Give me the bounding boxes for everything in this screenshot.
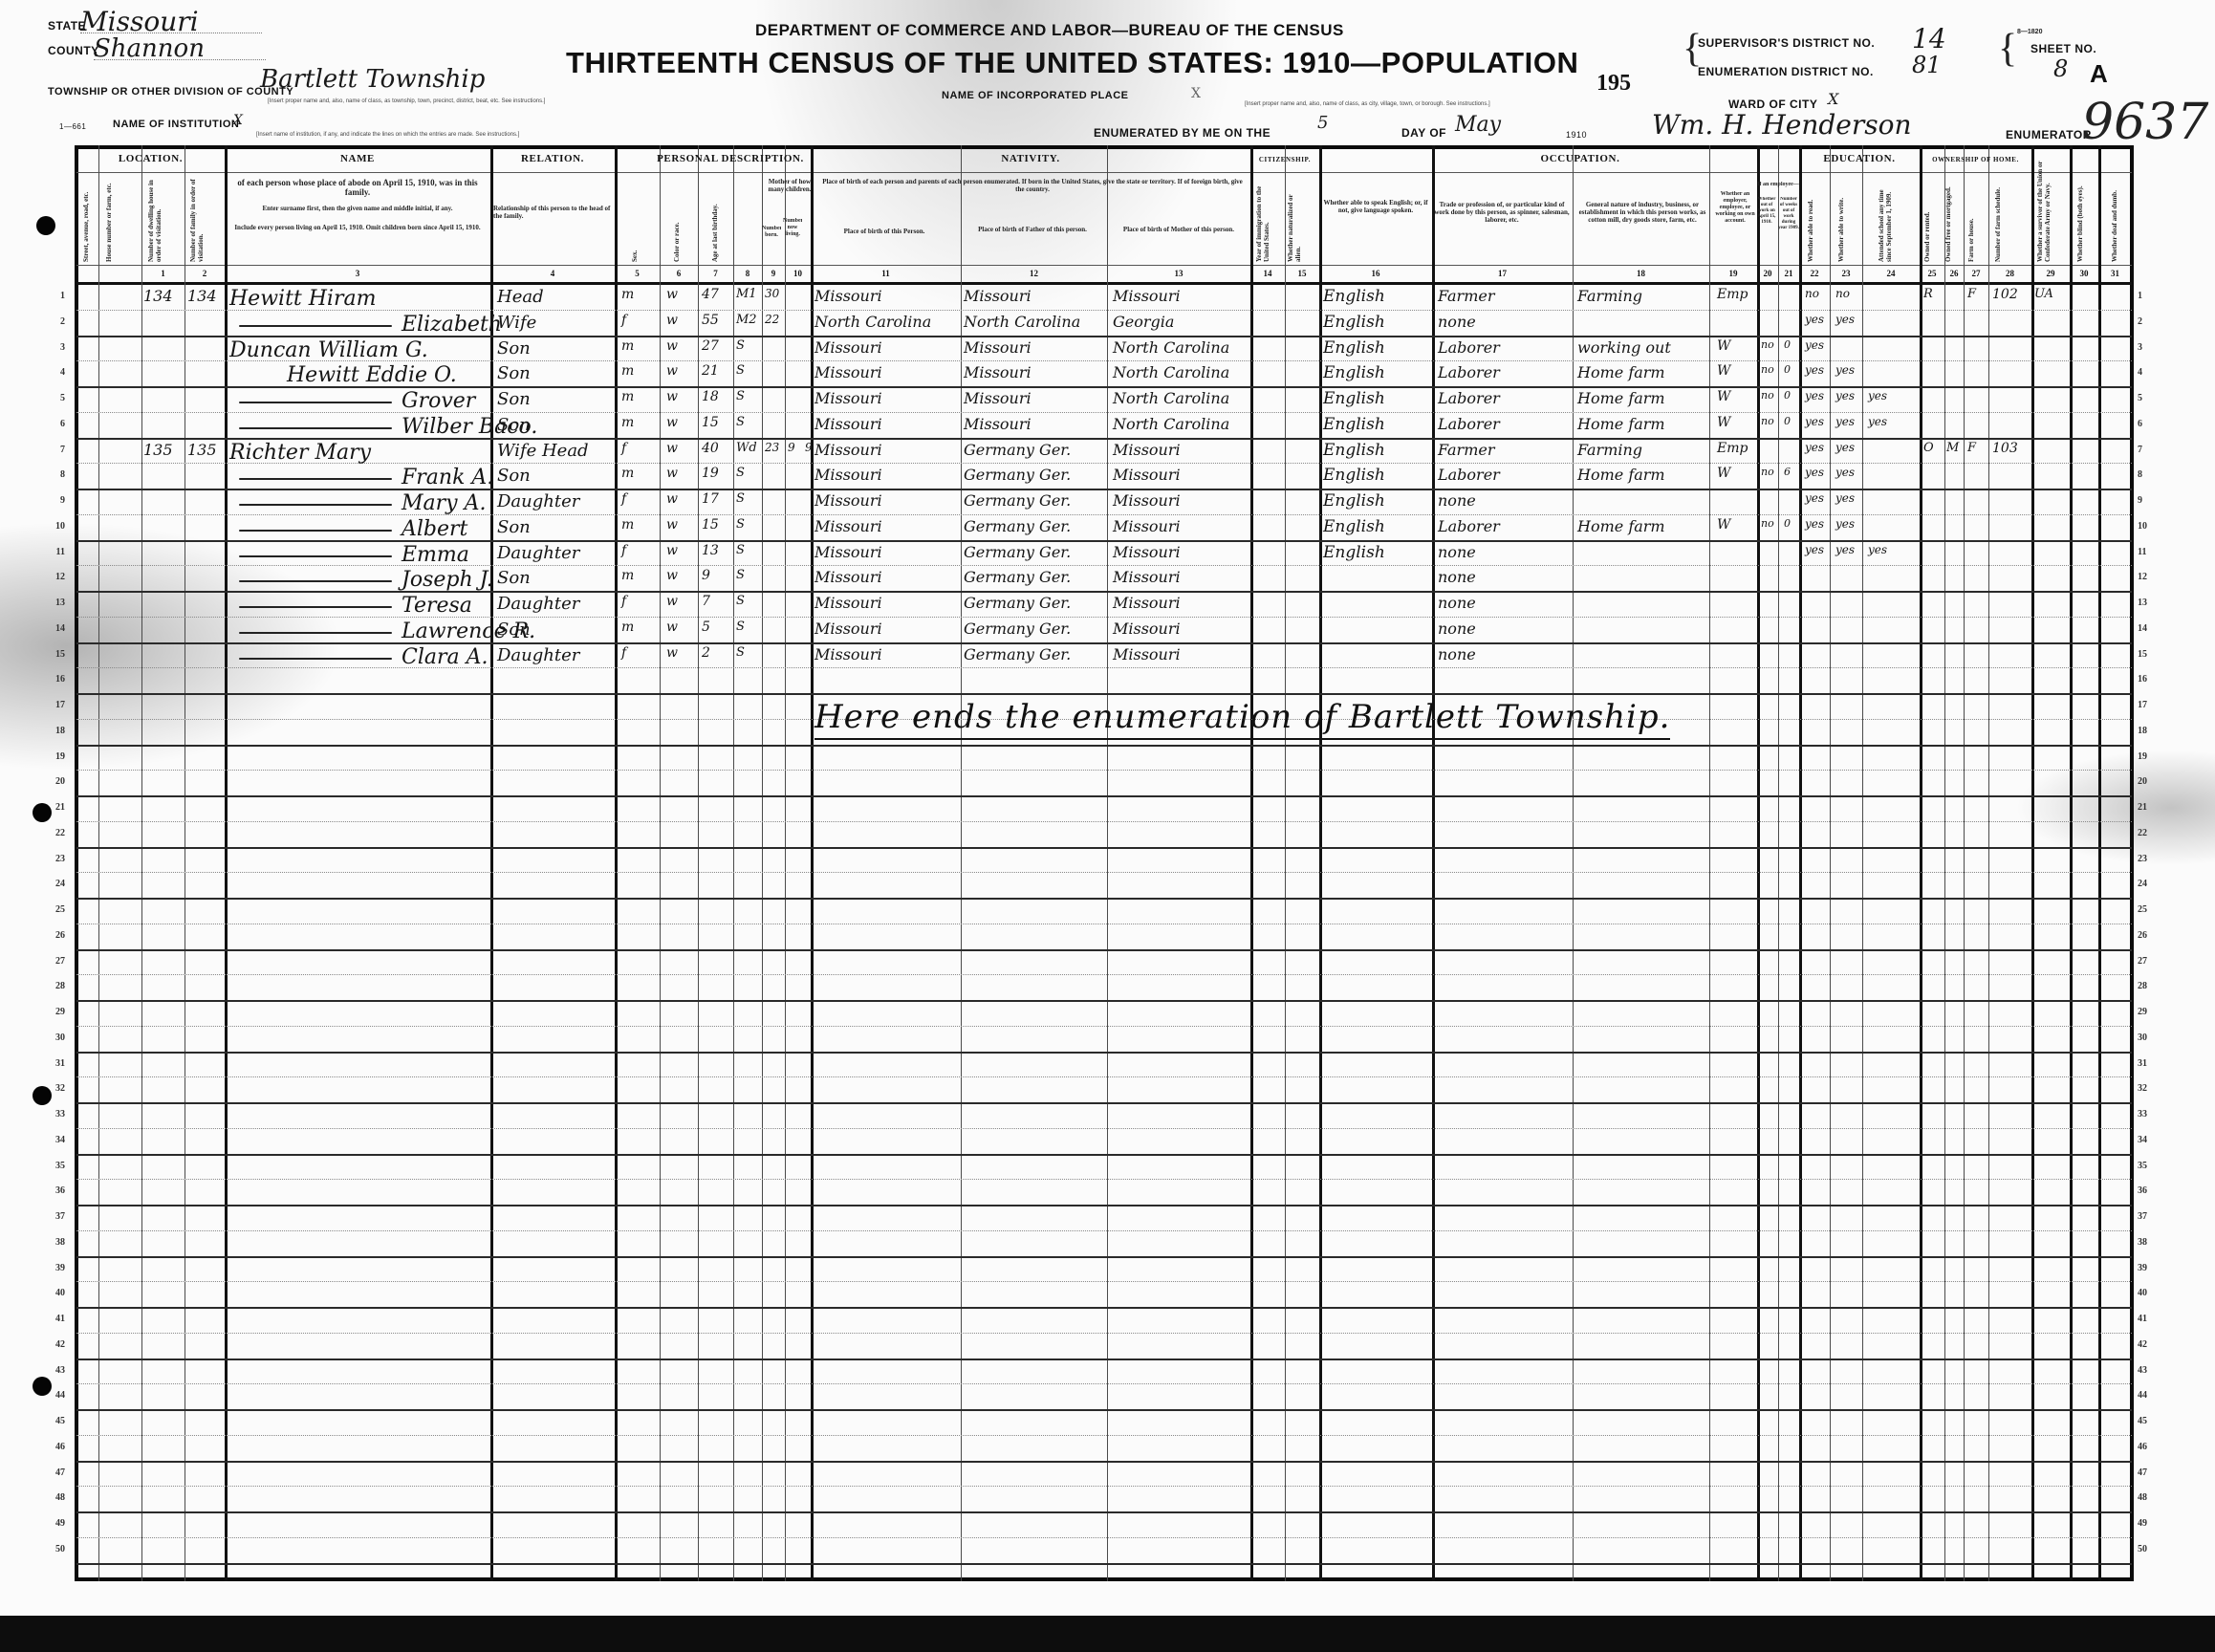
cell-read: yes <box>1805 441 1824 454</box>
cell-weeks-out: 0 <box>1784 338 1791 351</box>
line-number: 41 <box>42 1314 65 1324</box>
institution-code: 1—661 <box>59 122 86 131</box>
cell-trade: Laborer <box>1438 338 1500 357</box>
line-number: 44 <box>2138 1390 2161 1401</box>
cell-trade: Farmer <box>1438 287 1495 305</box>
cell-school: yes <box>1868 415 1887 428</box>
line-number: 9 <box>2138 495 2161 506</box>
ditto-mark <box>239 555 392 557</box>
line-number: 5 <box>42 393 65 403</box>
column-number: 13 <box>1107 269 1250 278</box>
cell-color: w <box>666 594 678 609</box>
cell-industry: working out <box>1577 338 1671 357</box>
line-number: 21 <box>2138 802 2161 813</box>
trade-header: Trade or profession of, or particular ki… <box>1434 201 1570 224</box>
line-number: 29 <box>42 1007 65 1017</box>
row-divider <box>76 1076 2132 1078</box>
cell-write: yes <box>1835 466 1855 479</box>
cell-language: English <box>1323 543 1385 562</box>
line-number: 12 <box>42 572 65 582</box>
line-number: 44 <box>42 1390 65 1401</box>
row-divider <box>76 1461 2132 1464</box>
cell-read: yes <box>1805 363 1824 377</box>
cell-trade: none <box>1438 619 1476 638</box>
cell-age: 17 <box>702 491 719 507</box>
line-number: 18 <box>2138 726 2161 736</box>
cell-marital: Wd <box>736 441 757 455</box>
column-number: 4 <box>490 269 615 278</box>
cell-write: no <box>1835 287 1850 300</box>
cell-marital: M2 <box>736 313 757 327</box>
row-divider <box>76 1307 2132 1310</box>
ditto-mark <box>239 580 392 582</box>
column-number: 14 <box>1250 269 1285 278</box>
cell-out-work: no <box>1761 517 1774 530</box>
year-immigration-header: Year of immigration to the United States… <box>1255 178 1282 262</box>
line-number: 27 <box>2138 956 2161 967</box>
cell-sex: f <box>621 594 626 609</box>
column-number: 22 <box>1799 269 1830 278</box>
cell-language: English <box>1323 389 1385 408</box>
cell-employer: W <box>1717 363 1730 379</box>
line-number: 50 <box>2138 1544 2161 1554</box>
column-number: 25 <box>1920 269 1944 278</box>
line-number: 27 <box>42 956 65 967</box>
cell-color: w <box>666 363 678 379</box>
name-header-desc: of each person whose place of abode on A… <box>229 178 486 197</box>
cell-relation: Daughter <box>497 594 579 614</box>
cell-age: 21 <box>702 363 719 379</box>
column-number: 6 <box>660 269 698 278</box>
line-number: 14 <box>2138 623 2161 634</box>
line-number: 38 <box>42 1237 65 1248</box>
cell-color: w <box>666 313 678 328</box>
line-number: 31 <box>42 1058 65 1069</box>
line-number: 23 <box>42 854 65 864</box>
line-number: 9 <box>42 495 65 506</box>
cell-birth-person: Missouri <box>814 338 882 357</box>
cell-birth-person: Missouri <box>814 491 882 510</box>
ditto-mark <box>239 530 392 532</box>
cell-read: yes <box>1805 389 1824 402</box>
line-number: 48 <box>42 1492 65 1503</box>
cell-write: yes <box>1835 389 1855 402</box>
cell-marital: S <box>736 568 745 582</box>
brace-right: { <box>1998 29 2017 69</box>
column-number: 3 <box>225 269 490 278</box>
column-number: 26 <box>1944 269 1964 278</box>
line-number: 12 <box>2138 572 2161 582</box>
cell-sex: m <box>621 363 634 379</box>
row-divider <box>76 412 2132 414</box>
census-title: THIRTEENTH CENSUS OF THE UNITED STATES: … <box>566 46 1579 80</box>
cell-birth-father: Missouri <box>964 338 1031 357</box>
cell-name: Joseph J. <box>402 568 493 592</box>
cell-birth-father: Germany Ger. <box>964 543 1071 561</box>
column-number: 23 <box>1830 269 1862 278</box>
column-number: 15 <box>1285 269 1319 278</box>
cell-birth-mother: Missouri <box>1113 466 1181 484</box>
row-divider <box>76 1179 2132 1181</box>
cell-trade: Laborer <box>1438 517 1500 535</box>
incorporated-place-label: NAME OF INCORPORATED PLACE <box>942 90 1129 101</box>
row-divider <box>76 1000 2132 1003</box>
cell-years-married: 30 <box>765 287 779 300</box>
cell-industry: Home farm <box>1577 466 1665 484</box>
line-number: 39 <box>42 1263 65 1273</box>
cell-relation: Son <box>497 568 531 588</box>
group-nativity: NATIVITY. <box>811 153 1250 164</box>
row-divider <box>76 770 2132 772</box>
cell-marital: S <box>736 645 745 660</box>
cell-birth-mother: North Carolina <box>1113 389 1229 407</box>
cell-sex: m <box>621 338 634 354</box>
line-number: 21 <box>42 802 65 813</box>
column-number: 11 <box>811 269 961 278</box>
cell-birth-person: Missouri <box>814 389 882 407</box>
cell-marital: S <box>736 389 745 403</box>
institution-label: NAME OF INSTITUTION <box>113 119 239 130</box>
line-number: 13 <box>42 598 65 608</box>
cell-relation: Son <box>497 363 531 383</box>
cell-sex: m <box>621 517 634 533</box>
cell-age: 15 <box>702 415 719 430</box>
row-divider <box>76 1052 2132 1054</box>
cell-sex: f <box>621 645 626 661</box>
column-number: 9 <box>762 269 785 278</box>
line-number: 6 <box>2138 419 2161 429</box>
row-divider <box>76 1205 2132 1207</box>
row-divider <box>76 617 2132 619</box>
line-number: 40 <box>42 1288 65 1298</box>
line-number: 7 <box>42 445 65 455</box>
cell-color: w <box>666 415 678 430</box>
column-number: 20 <box>1757 269 1778 278</box>
row-divider <box>76 565 2132 567</box>
cell-read: yes <box>1805 466 1824 479</box>
children-born-header: Number born. <box>762 226 781 239</box>
cell-veteran: UA <box>2034 287 2053 301</box>
out-of-work-header: Whether out of work on April 15, 1910. <box>1757 197 1776 226</box>
birth-father-header: Place of birth of Father of this person. <box>961 226 1104 234</box>
cell-employer: W <box>1717 389 1730 404</box>
cell-industry: Home farm <box>1577 389 1665 407</box>
line-number: 41 <box>2138 1314 2161 1324</box>
line-number: 11 <box>2138 547 2161 557</box>
cell-birth-person: Missouri <box>814 441 882 459</box>
cell-relation: Head <box>497 287 544 307</box>
day-of-label: DAY OF <box>1401 126 1446 140</box>
institution-instruction: [Insert name of institution, if any, and… <box>256 132 519 138</box>
cell-age: 27 <box>702 338 719 354</box>
column-number: 27 <box>1964 269 1988 278</box>
line-number: 3 <box>42 342 65 353</box>
ditto-mark <box>239 632 392 634</box>
row-divider <box>76 1230 2132 1232</box>
cell-age: 40 <box>702 441 719 456</box>
cell-years-married: 23 <box>765 441 779 454</box>
cell-out-work: no <box>1761 415 1774 427</box>
cell-age: 55 <box>702 313 719 328</box>
cell-sex: f <box>621 543 626 558</box>
cell-birth-person: Missouri <box>814 415 882 433</box>
cell-weeks-out: 0 <box>1784 389 1791 402</box>
column-number: 24 <box>1862 269 1920 278</box>
cell-trade: Laborer <box>1438 415 1500 433</box>
cell-sex: m <box>621 287 634 302</box>
cell-name: Clara A. <box>402 645 489 669</box>
institution-value: X <box>233 113 243 128</box>
age-header: Age at last birthday. <box>711 178 728 262</box>
line-number: 16 <box>42 674 65 685</box>
ditto-mark <box>239 402 392 403</box>
row-divider <box>76 591 2132 594</box>
cell-farm-schedule: 103 <box>1992 441 2018 456</box>
line-number: 17 <box>2138 700 2161 710</box>
cell-school: yes <box>1868 389 1887 402</box>
enumeration-district-value: 81 <box>1912 52 1942 78</box>
column-number: 5 <box>615 269 660 278</box>
column-number: 8 <box>733 269 762 278</box>
row-divider <box>76 1537 2132 1539</box>
cell-employer: W <box>1717 466 1730 481</box>
row-divider <box>76 514 2132 516</box>
cell-trade: none <box>1438 543 1476 561</box>
cell-trade: none <box>1438 568 1476 586</box>
cell-mortgage: M <box>1946 441 1959 455</box>
line-number: 50 <box>42 1544 65 1554</box>
column-number: 2 <box>185 269 225 278</box>
row-divider <box>76 1511 2132 1514</box>
cell-birth-father: Missouri <box>964 363 1031 381</box>
deaf-header: Whether deaf and dumb. <box>2111 153 2130 262</box>
line-number: 15 <box>2138 649 2161 660</box>
row-divider <box>76 642 2132 645</box>
cell-sex: m <box>621 415 634 430</box>
row-divider <box>76 949 2132 952</box>
cell-employer: W <box>1717 517 1730 533</box>
cell-relation: Son <box>497 517 531 537</box>
cell-age: 9 <box>702 568 710 583</box>
scan-border <box>0 1616 2215 1652</box>
cell-weeks-out: 0 <box>1784 517 1791 530</box>
name-header-instr1: Enter surname first, then the given name… <box>231 205 484 212</box>
line-number: 43 <box>2138 1365 2161 1376</box>
group-education: EDUCATION. <box>1799 153 1920 164</box>
line-number: 1 <box>42 291 65 301</box>
column-number: 16 <box>1319 269 1432 278</box>
line-number: 49 <box>42 1518 65 1529</box>
township-instruction: [Insert proper name and, also, name of c… <box>268 98 545 104</box>
line-number: 45 <box>42 1416 65 1426</box>
row-divider <box>76 1383 2132 1385</box>
cell-write: yes <box>1835 517 1855 531</box>
cell-color: w <box>666 338 678 354</box>
row-divider <box>76 745 2132 748</box>
line-number: 26 <box>2138 930 2161 941</box>
row-divider <box>76 1486 2132 1488</box>
line-number: 47 <box>42 1467 65 1478</box>
cell-weeks-out: 0 <box>1784 415 1791 427</box>
ditto-mark <box>239 325 392 327</box>
column-number: 7 <box>698 269 733 278</box>
cell-marital: S <box>736 363 745 378</box>
closing-note: Here ends the enumeration of Bartlett To… <box>814 698 1670 740</box>
cell-out-work: no <box>1761 466 1774 478</box>
line-number: 32 <box>2138 1083 2161 1094</box>
relation-header: Relationship of this person to the head … <box>493 205 612 220</box>
line-number: 37 <box>42 1211 65 1222</box>
cell-birth-person: Missouri <box>814 466 882 484</box>
line-number: 19 <box>42 751 65 762</box>
family-number-header: Number of family in order of visitation. <box>189 178 220 262</box>
cell-birth-mother: Missouri <box>1113 287 1181 305</box>
cell-birth-father: North Carolina <box>964 313 1080 331</box>
column-number: 31 <box>2098 269 2132 278</box>
sheet-code: 8—1820 <box>2017 29 2042 35</box>
line-number: 10 <box>2138 521 2161 532</box>
cell-marital: S <box>736 517 745 532</box>
cell-birth-mother: Missouri <box>1113 645 1181 663</box>
line-number: 35 <box>42 1161 65 1171</box>
row-divider <box>76 1026 2132 1028</box>
column-number: 10 <box>785 269 811 278</box>
line-number: 5 <box>2138 393 2161 403</box>
line-number: 46 <box>2138 1442 2161 1452</box>
state-dotline <box>80 33 262 33</box>
township-value: Bartlett Township <box>260 65 485 94</box>
line-number: 39 <box>2138 1263 2161 1273</box>
cell-birth-mother: North Carolina <box>1113 338 1229 357</box>
cell-age: 19 <box>702 466 719 481</box>
cell-color: w <box>666 543 678 558</box>
line-number: 40 <box>2138 1288 2161 1298</box>
group-ownership: OWNERSHIP OF HOME. <box>1920 156 2031 163</box>
cell-relation: Son <box>497 415 531 435</box>
cell-language: English <box>1323 313 1385 332</box>
cell-relation: Daughter <box>497 645 579 665</box>
incorporated-place-value: X <box>1191 86 1201 101</box>
cell-birth-mother: Missouri <box>1113 568 1181 586</box>
cell-name: Duncan William G. <box>229 338 428 362</box>
line-number: 24 <box>42 879 65 889</box>
line-number: 4 <box>42 367 65 378</box>
cell-language: English <box>1323 466 1385 485</box>
cell-school: yes <box>1868 543 1887 556</box>
ward-value: X <box>1828 90 1838 108</box>
owned-rented-header: Owned or rented. <box>1923 178 1935 262</box>
line-number: 22 <box>42 828 65 838</box>
row-divider <box>76 1435 2132 1437</box>
cell-years-married: 22 <box>765 313 779 326</box>
cell-owned: O <box>1923 441 1934 455</box>
cell-write: yes <box>1835 441 1855 454</box>
cell-birth-father: Germany Ger. <box>964 517 1071 535</box>
cell-trade: none <box>1438 491 1476 510</box>
cell-sex: m <box>621 389 634 404</box>
line-number: 34 <box>42 1135 65 1145</box>
cell-color: w <box>666 568 678 583</box>
cell-name: Emma <box>402 543 469 567</box>
column-number: 18 <box>1573 269 1709 278</box>
stamp-number: 9637 <box>2082 94 2208 151</box>
line-number: 29 <box>2138 1007 2161 1017</box>
line-number: 38 <box>2138 1237 2161 1248</box>
enumerator-name: Wm. H. Henderson <box>1652 109 1912 141</box>
line-number: 25 <box>42 904 65 915</box>
row-divider <box>76 795 2132 798</box>
row-divider <box>76 872 2132 874</box>
cell-relation: Son <box>497 619 531 640</box>
line-number: 36 <box>2138 1185 2161 1196</box>
cell-write: yes <box>1835 363 1855 377</box>
cell-industry: Home farm <box>1577 517 1665 535</box>
enumerated-day: 5 <box>1317 113 1328 133</box>
cell-relation: Daughter <box>497 491 579 511</box>
cell-sex: m <box>621 466 634 481</box>
ditto-mark <box>239 504 392 506</box>
cell-language: English <box>1323 338 1385 358</box>
cell-sex: f <box>621 491 626 507</box>
cell-trade: none <box>1438 313 1476 331</box>
row-divider <box>76 693 2132 696</box>
county-dotline <box>94 59 266 60</box>
line-number: 30 <box>42 1032 65 1043</box>
name-header-instr2: Include every person living on April 15,… <box>231 224 484 231</box>
cell-birth-mother: Missouri <box>1113 491 1181 510</box>
enumerated-year: 1910 <box>1566 130 1587 140</box>
ditto-mark <box>239 658 392 660</box>
cell-birth-mother: Missouri <box>1113 517 1181 535</box>
cell-trade: Laborer <box>1438 466 1500 484</box>
cell-sex: m <box>621 568 634 583</box>
cell-name: Hewitt Hiram <box>229 287 376 311</box>
enumerated-label: ENUMERATED BY ME ON THE <box>1094 126 1270 140</box>
cell-marital: S <box>736 619 745 634</box>
sheet-side: A <box>2090 59 2108 89</box>
line-number: 22 <box>2138 828 2161 838</box>
line-number: 36 <box>42 1185 65 1196</box>
cell-color: w <box>666 441 678 456</box>
row-divider <box>76 1563 2132 1566</box>
cell-relation: Daughter <box>497 543 579 563</box>
cell-farm-house: F <box>1967 287 1976 301</box>
mother-of-header: Mother of how many children. <box>760 178 819 193</box>
cell-trade: Farmer <box>1438 441 1495 459</box>
ditto-mark <box>239 606 392 608</box>
row-divider <box>76 974 2132 976</box>
cell-sex: f <box>621 313 626 328</box>
line-number: 28 <box>42 981 65 991</box>
line-number: 14 <box>42 623 65 634</box>
if-employee-header: If an employee— <box>1757 182 1799 188</box>
cell-marital: S <box>736 466 745 480</box>
write-header: Whether able to write. <box>1837 178 1853 262</box>
cell-birth-father: Germany Ger. <box>964 645 1071 663</box>
row-divider <box>76 924 2132 925</box>
cell-farm-house: F <box>1967 441 1976 455</box>
cell-relation: Wife <box>497 313 536 333</box>
supervisor-district-value: 14 <box>1912 23 1946 54</box>
line-number: 34 <box>2138 1135 2161 1145</box>
cell-industry: Farming <box>1577 287 1642 305</box>
row-divider <box>76 1359 2132 1361</box>
cell-marital: S <box>736 491 745 506</box>
cell-color: w <box>666 389 678 404</box>
enumeration-district-label: ENUMERATION DISTRICT NO. <box>1698 65 1874 78</box>
weeks-out-header: Number of weeks out of work during year … <box>1778 197 1799 231</box>
row-divider <box>76 1154 2132 1157</box>
